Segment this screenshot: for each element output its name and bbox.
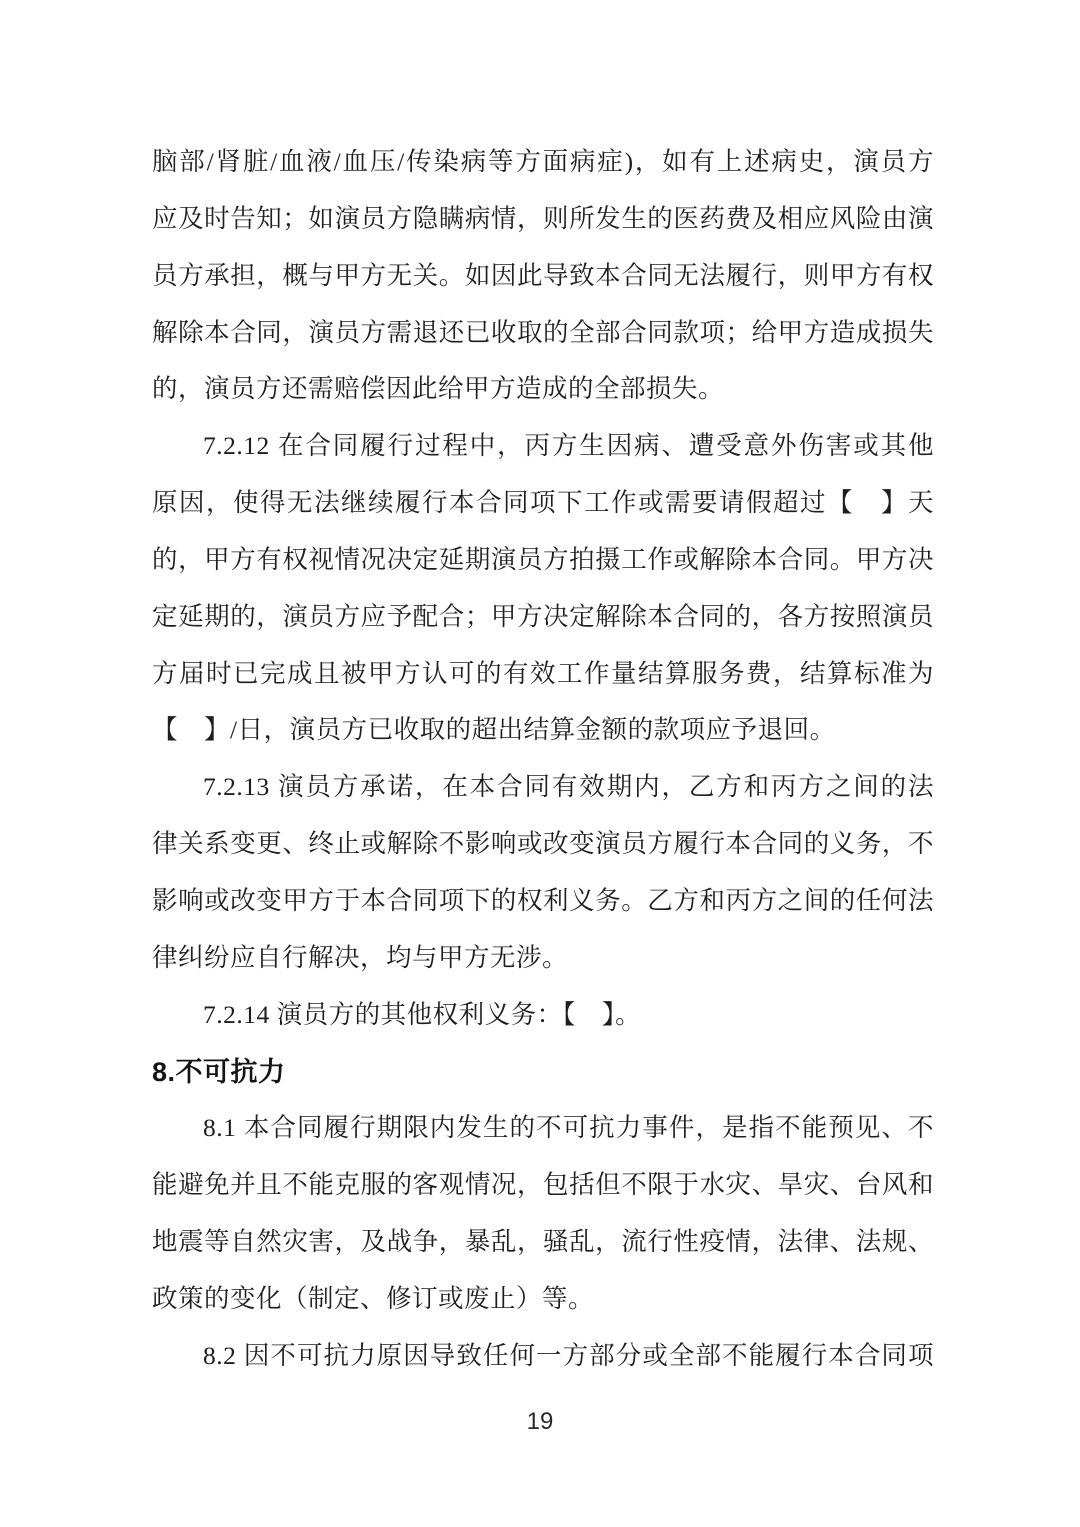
contract-text-line: 员方承担，概与甲方无关。如因此导致本合同无法履行，则甲方有权 <box>152 248 934 305</box>
page-number: 19 <box>0 1408 1080 1436</box>
contract-text-line: 政策的变化（制定、修订或废止）等。 <box>152 1271 934 1328</box>
contract-text-line: 影响或改变甲方于本合同项下的权利义务。乙方和丙方之间的任何法 <box>152 873 934 930</box>
contract-text-line: 7.2.14 演员方的其他权利义务：【 】。 <box>152 987 934 1044</box>
contract-text-line: 的，演员方还需赔偿因此给甲方造成的全部损失。 <box>152 361 934 418</box>
contract-text-line: 律关系变更、终止或解除不影响或改变演员方履行本合同的义务，不 <box>152 816 934 873</box>
contract-text-line: 7.2.12 在合同履行过程中，丙方生因病、遭受意外伤害或其他 <box>152 418 934 475</box>
contract-text-line: 应及时告知；如演员方隐瞒病情，则所发生的医药费及相应风险由演 <box>152 191 934 248</box>
contract-text-line: 【 】/日，演员方已收取的超出结算金额的款项应予退回。 <box>152 702 934 759</box>
contract-text-line: 8.1 本合同履行期限内发生的不可抗力事件，是指不能预见、不 <box>152 1100 934 1157</box>
contract-text-line: 律纠纷应自行解决，均与甲方无涉。 <box>152 930 934 987</box>
contract-text-line: 7.2.13 演员方承诺，在本合同有效期内，乙方和丙方之间的法 <box>152 759 934 816</box>
contract-text-line: 方届时已完成且被甲方认可的有效工作量结算服务费，结算标准为 <box>152 646 934 703</box>
contract-text-line: 地震等自然灾害，及战争，暴乱，骚乱，流行性疫情，法律、法规、 <box>152 1214 934 1271</box>
contract-text-line: 8.2 因不可抗力原因导致任何一方部分或全部不能履行本合同项 <box>152 1328 934 1385</box>
contract-text-line: 能避免并且不能克服的客观情况，包括但不限于水灾、旱灾、台风和 <box>152 1157 934 1214</box>
contract-text-line: 原因，使得无法继续履行本合同项下工作或需要请假超过【 】天 <box>152 475 934 532</box>
section-heading: 8.不可抗力 <box>152 1044 934 1101</box>
contract-text-line: 的，甲方有权视情况决定延期演员方拍摄工作或解除本合同。甲方决 <box>152 532 934 589</box>
contract-text-line: 定延期的，演员方应予配合；甲方决定解除本合同的，各方按照演员 <box>152 589 934 646</box>
contract-document-page: 脑部/肾脏/血液/血压/传染病等方面病症)，如有上述病史，演员方应及时告知；如演… <box>0 0 1080 1527</box>
contract-text-line: 解除本合同，演员方需退还已收取的全部合同款项；给甲方造成损失 <box>152 305 934 362</box>
contract-text: 脑部/肾脏/血液/血压/传染病等方面病症)，如有上述病史，演员方应及时告知；如演… <box>152 134 934 1385</box>
contract-text-line: 脑部/肾脏/血液/血压/传染病等方面病症)，如有上述病史，演员方 <box>152 134 934 191</box>
